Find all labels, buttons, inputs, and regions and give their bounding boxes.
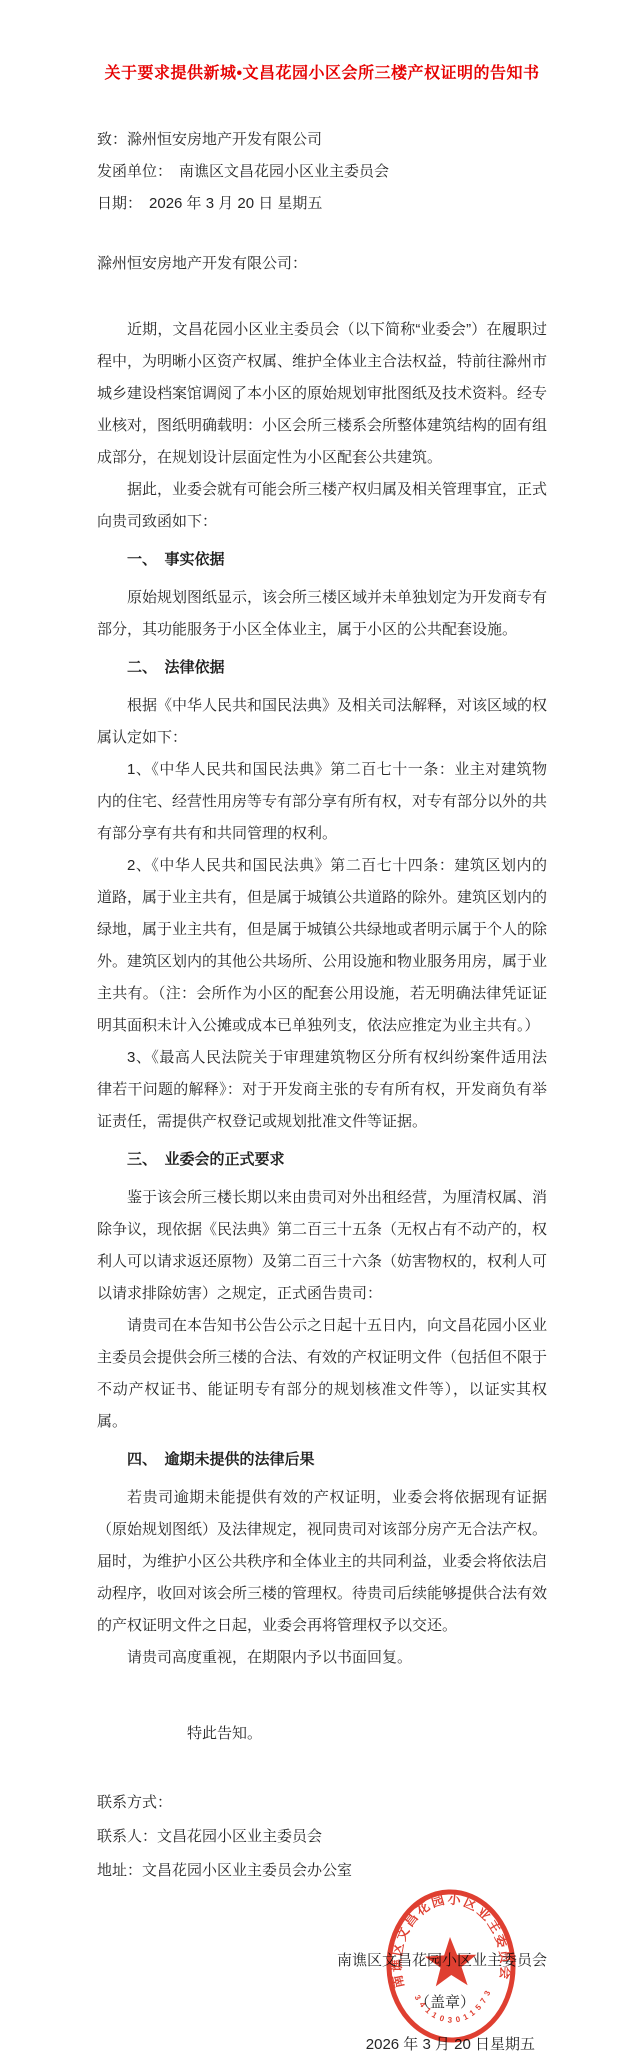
paragraph-consequences: 若贵司逾期未能提供有效的产权证明，业委会将依据现有证据（原始规划图纸）及法律规定… <box>97 1482 547 1642</box>
section-heading-4: 四、 逾期未提供的法律后果 <box>97 1444 547 1476</box>
salutation: 滁州恒安房地产开发有限公司： <box>97 248 547 280</box>
document-content: 关于要求提供新城•文昌花园小区会所三楼产权证明的告知书 致：滁州恒安房地产开发有… <box>0 0 640 2064</box>
meta-sender-value: 南谯区文昌花园小区业主委员会 <box>179 163 389 180</box>
closing-phrase: 特此告知。 <box>97 1718 547 1750</box>
meta-to-label: 致： <box>97 131 127 148</box>
meta-date-value: 2026 年 3 月 20 日 星期五 <box>149 195 322 212</box>
meta-sender: 发函单位：南谯区文昌花园小区业主委员会 <box>97 156 547 188</box>
meta-date-label: 日期： <box>97 195 142 212</box>
paragraph-legal-item-2: 2、《中华人民共和国民法典》第二百七十四条：建筑区划内的道路，属于业主共有，但是… <box>97 850 547 1042</box>
section-heading-1: 一、 事实依据 <box>97 544 547 576</box>
contact-heading: 联系方式： <box>97 1786 547 1820</box>
paragraph-demand-request: 请贵司在本告知书公告公示之日起十五日内，向文昌花园小区业主委员会提供会所三楼的合… <box>97 1310 547 1438</box>
signature-date: 2026 年 3 月 20 日星期五 <box>97 2024 547 2064</box>
document-title: 关于要求提供新城•文昌花园小区会所三楼产权证明的告知书 <box>97 0 547 88</box>
paragraph-demand-basis: 鉴于该会所三楼长期以来由贵司对外出租经营，为厘清权属、消除争议，现依据《民法典》… <box>97 1182 547 1310</box>
section-heading-3: 三、 业委会的正式要求 <box>97 1144 547 1176</box>
notice-document-page: 关于要求提供新城•文昌花园小区会所三楼产权证明的告知书 致：滁州恒安房地产开发有… <box>0 0 640 2064</box>
signature-org: 南谯区文昌花园小区业主委员会 <box>97 1940 547 1982</box>
meta-to-value: 滁州恒安房地产开发有限公司 <box>127 131 322 148</box>
paragraph-intro: 近期，文昌花园小区业主委员会（以下简称“业委会”）在履职过程中，为明晰小区资产权… <box>97 314 547 474</box>
document-body: 近期，文昌花园小区业主委员会（以下简称“业委会”）在履职过程中，为明晰小区资产权… <box>97 314 547 1674</box>
paragraph-purpose: 据此，业委会就有可能会所三楼产权归属及相关管理事宜，正式向贵司致函如下： <box>97 474 547 538</box>
paragraph-legal-item-3: 3、《最高人民法院关于审理建筑物区分所有权纠纷案件适用法律若干问题的解释》：对于… <box>97 1042 547 1138</box>
paragraph-reply-request: 请贵司高度重视，在期限内予以书面回复。 <box>97 1642 547 1674</box>
meta-block: 致：滁州恒安房地产开发有限公司 发函单位：南谯区文昌花园小区业主委员会 日期：2… <box>97 124 547 220</box>
meta-to: 致：滁州恒安房地产开发有限公司 <box>97 124 547 156</box>
section-heading-2: 二、 法律依据 <box>97 652 547 684</box>
contact-block: 联系方式： 联系人：文昌花园小区业主委员会 地址：文昌花园小区业主委员会办公室 <box>97 1786 547 1888</box>
signature-block: 南谯区文昌花园小区业主委员会 （盖章） 2026 年 3 月 20 日星期五 <box>97 1940 547 2064</box>
paragraph-facts: 原始规划图纸显示，该会所三楼区域并未单独划定为开发商专有部分，其功能服务于小区全… <box>97 582 547 646</box>
meta-sender-label: 发函单位： <box>97 163 172 180</box>
contact-person: 联系人：文昌花园小区业主委员会 <box>97 1820 547 1854</box>
contact-address: 地址：文昌花园小区业主委员会办公室 <box>97 1854 547 1888</box>
paragraph-legal-item-1: 1、《中华人民共和国民法典》第二百七十一条：业主对建筑物内的住宅、经营性用房等专… <box>97 754 547 850</box>
signature-seal-note: （盖章） <box>97 1982 547 2024</box>
paragraph-legal-intro: 根据《中华人民共和国民法典》及相关司法解释，对该区域的权属认定如下： <box>97 690 547 754</box>
meta-date: 日期：2026 年 3 月 20 日 星期五 <box>97 188 547 220</box>
